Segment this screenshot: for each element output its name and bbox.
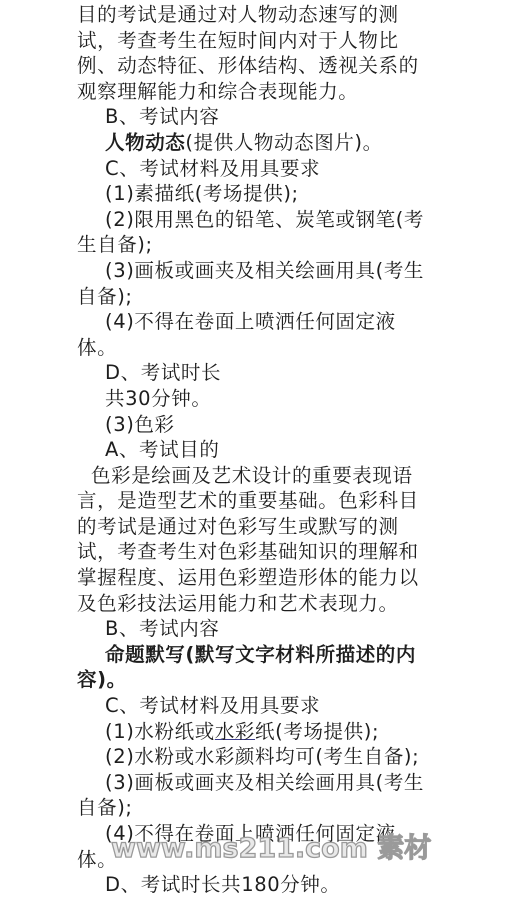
paragraph-line: 的考试是通过对色彩写生或默写的测 (77, 514, 447, 540)
list-item: (2)水粉或水彩颜料均可(考生自备); (77, 744, 447, 770)
duration-text: D、考试时长共180分钟。 (77, 872, 447, 898)
exam-topic-bold-continuation: 容)。 (77, 667, 447, 693)
list-item-continuation: 自备); (77, 284, 447, 310)
list-item: (3)画板或画夹及相关绘画用具(考生 (77, 258, 447, 284)
exam-topic-note: (提供人物动态图片)。 (185, 131, 382, 154)
underlined-link-text[interactable]: 水彩 (215, 720, 255, 743)
list-item: (1)水粉纸或水彩纸(考场提供); (77, 719, 447, 745)
duration-text: 共30分钟。 (77, 386, 447, 412)
section-heading-b: B、考试内容 (77, 616, 447, 642)
list-item: (4)不得在卷面上喷洒任何固定液 (77, 309, 447, 335)
paragraph-line: 目的考试是通过对人物动态速写的测 (77, 2, 447, 28)
exam-content-line: 人物动态(提供人物动态图片)。 (77, 130, 447, 156)
document-body: 目的考试是通过对人物动态速写的测 试，考查考生在短时间内对于人物比 例、动态特征… (77, 2, 447, 898)
section-heading-a: A、考试目的 (77, 437, 447, 463)
section-heading-c: C、考试材料及用具要求 (77, 156, 447, 182)
watermark: www.ms211.com 素材 (111, 826, 431, 865)
paragraph-line: 观察理解能力和综合表现能力。 (77, 79, 447, 105)
paragraph-line: 色彩是绘画及艺术设计的重要表现语 (77, 463, 447, 489)
section-heading-d: D、考试时长 (77, 360, 447, 386)
list-item: (1)素描纸(考场提供); (77, 181, 447, 207)
list-item-continuation: 生自备); (77, 232, 447, 258)
list-item-continuation: 自备); (77, 795, 447, 821)
subject-heading-color: (3)色彩 (77, 412, 447, 438)
list-item-continuation: 体。 (77, 335, 447, 361)
paragraph-line: 试，考查考生在短时间内对于人物比 (77, 28, 447, 54)
section-heading-c: C、考试材料及用具要求 (77, 693, 447, 719)
paragraph-line: 例、动态特征、形体结构、透视关系的 (77, 53, 447, 79)
paragraph-line: 试，考查考生对色彩基础知识的理解和 (77, 539, 447, 565)
list-item-prefix: (1)水粉纸或 (105, 720, 215, 743)
exam-topic-bold: 人物动态 (105, 131, 185, 154)
paragraph-line: 及色彩技法运用能力和艺术表现力。 (77, 591, 447, 617)
list-item: (3)画板或画夹及相关绘画用具(考生 (77, 770, 447, 796)
paragraph-line: 掌握程度、运用色彩塑造形体的能力以 (77, 565, 447, 591)
section-heading-b: B、考试内容 (77, 104, 447, 130)
exam-topic-bold: 命题默写(默写文字材料所描述的内 (77, 642, 447, 668)
list-item: (2)限用黑色的铅笔、炭笔或钢笔(考 (77, 207, 447, 233)
paragraph-line: 言，是造型艺术的重要基础。色彩科目 (77, 488, 447, 514)
list-item-suffix: 纸(考场提供); (255, 720, 379, 743)
